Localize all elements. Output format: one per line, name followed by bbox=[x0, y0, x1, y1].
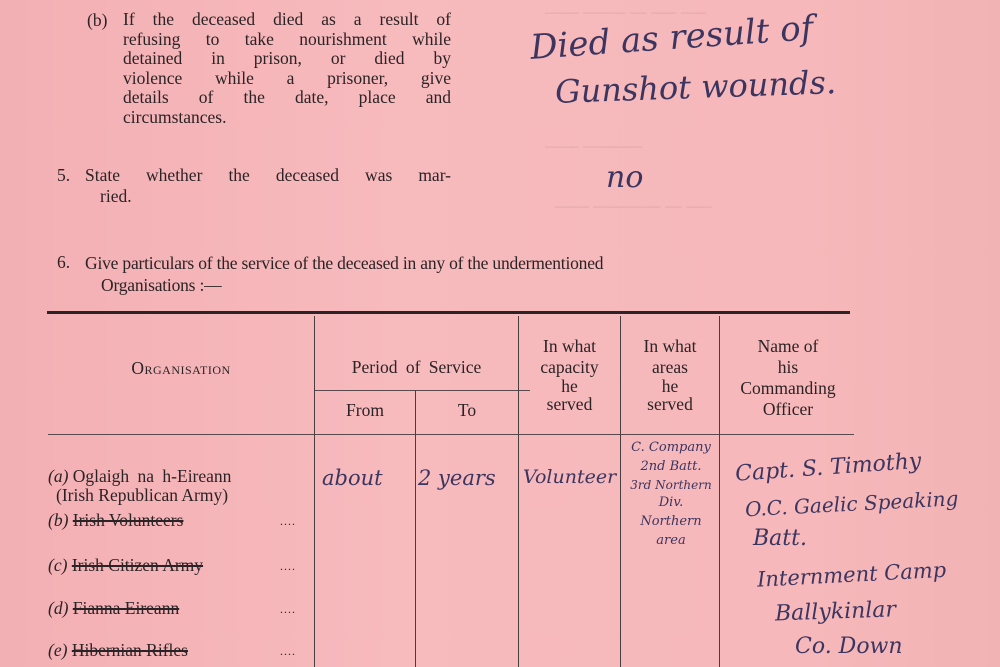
header-line: his bbox=[720, 357, 856, 378]
question-line: refusing to take nourishment while bbox=[123, 30, 451, 50]
question-line: Give particulars of the service of the d… bbox=[85, 252, 603, 274]
question-line: violence while a prisoner, give bbox=[123, 69, 451, 89]
entry-line: 3rd Northern bbox=[622, 476, 720, 494]
question-line: If the deceased died as a result of bbox=[123, 10, 451, 30]
entry-line: Northern bbox=[622, 512, 720, 531]
leader-dots: .... bbox=[280, 602, 296, 617]
organisation-name: Irish Citizen Army bbox=[72, 555, 203, 575]
header-period-of-service: Period of Service bbox=[315, 357, 518, 378]
organisation-row-c: (c) Irish Citizen Army bbox=[48, 555, 203, 576]
entry-from: about bbox=[322, 466, 383, 490]
header-line: served bbox=[621, 394, 719, 415]
leader-dots: .... bbox=[280, 559, 296, 574]
row-label: (c) bbox=[48, 555, 67, 575]
question-6-text: Give particulars of the service of the d… bbox=[85, 252, 603, 296]
header-line: Name of bbox=[720, 336, 856, 357]
header-line: Officer bbox=[720, 399, 856, 420]
organisation-name: Oglaigh na h-Eireann bbox=[73, 466, 232, 486]
organisation-row-d: (d) Fianna Eireann bbox=[48, 598, 179, 619]
question-4b-text: If the deceased died as a result of refu… bbox=[123, 10, 451, 127]
header-line: served bbox=[519, 394, 620, 415]
question-6-number: 6. bbox=[57, 252, 70, 273]
entry-line: 2nd Batt. bbox=[622, 457, 720, 476]
entry-line: Div. bbox=[622, 494, 720, 512]
table-top-rule bbox=[47, 311, 850, 314]
question-line: ried. bbox=[85, 186, 451, 207]
header-line: he bbox=[621, 378, 719, 394]
header-line: In what bbox=[621, 336, 719, 357]
question-line: State whether the deceased was mar- bbox=[85, 165, 451, 186]
header-line: In what bbox=[519, 336, 620, 357]
answer-5: no bbox=[606, 160, 643, 195]
row-label: (d) bbox=[48, 598, 68, 618]
entry-capacity: Volunteer bbox=[523, 466, 616, 488]
question-5-text: State whether the deceased was mar- ried… bbox=[85, 165, 451, 207]
organisation-name: Hibernian Rifles bbox=[72, 640, 188, 660]
organisation-row-a-subtitle: (Irish Republican Army) bbox=[56, 485, 228, 506]
header-commanding-officer: Name of his Commanding Officer bbox=[720, 336, 856, 420]
row-label: (b) bbox=[48, 510, 68, 530]
organisation-name: Fianna Eireann bbox=[73, 598, 179, 618]
answer-4b-line-2: Gunshot wounds. bbox=[554, 63, 836, 111]
row-label: (a) bbox=[48, 466, 68, 486]
organisation-row-b: (b) Irish Volunteers bbox=[48, 510, 183, 531]
header-line: areas bbox=[621, 357, 719, 378]
bleed-through-text: ──── ──────── ── ─── bbox=[555, 200, 712, 217]
bleed-through-text: ──── ─────── bbox=[545, 140, 642, 157]
entry-commanding-officer: Capt. S. Timothy O.C. Gaelic Speaking Ba… bbox=[735, 448, 958, 664]
question-line: details of the date, place and bbox=[123, 88, 451, 108]
header-line: capacity bbox=[519, 357, 620, 378]
question-5-number: 5. bbox=[57, 165, 70, 186]
entry-line: Co. Down bbox=[735, 630, 958, 664]
header-capacity: In what capacity he served bbox=[519, 336, 620, 415]
entry-areas: C. Company 2nd Batt. 3rd Northern Div. N… bbox=[622, 438, 720, 550]
leader-dots: .... bbox=[280, 514, 296, 529]
header-to: To bbox=[416, 400, 518, 421]
question-line: detained in prison, or died by bbox=[123, 49, 451, 69]
header-line: he bbox=[519, 378, 620, 394]
organisation-name: Irish Volunteers bbox=[73, 510, 184, 530]
header-organisation: Organisation bbox=[48, 358, 314, 379]
table-header-rule bbox=[48, 434, 854, 435]
entry-line: C. Company bbox=[622, 438, 720, 457]
entry-to: 2 years bbox=[418, 466, 496, 490]
question-line: Organisations :— bbox=[85, 274, 603, 296]
header-areas: In what areas he served bbox=[621, 336, 719, 415]
question-line: circumstances. bbox=[123, 108, 451, 128]
row-label: (e) bbox=[48, 640, 67, 660]
leader-dots: .... bbox=[280, 644, 296, 659]
column-divider bbox=[415, 390, 416, 667]
header-line: Commanding bbox=[720, 378, 856, 399]
question-4b-label: (b) bbox=[87, 10, 107, 31]
header-from: From bbox=[315, 400, 415, 421]
organisation-row-a: (a) Oglaigh na h-Eireann bbox=[48, 466, 231, 487]
period-subheader-rule bbox=[315, 390, 530, 391]
organisation-row-e: (e) Hibernian Rifles bbox=[48, 640, 188, 661]
entry-line: Ballykinlar bbox=[734, 590, 959, 634]
entry-line: area bbox=[622, 531, 720, 550]
